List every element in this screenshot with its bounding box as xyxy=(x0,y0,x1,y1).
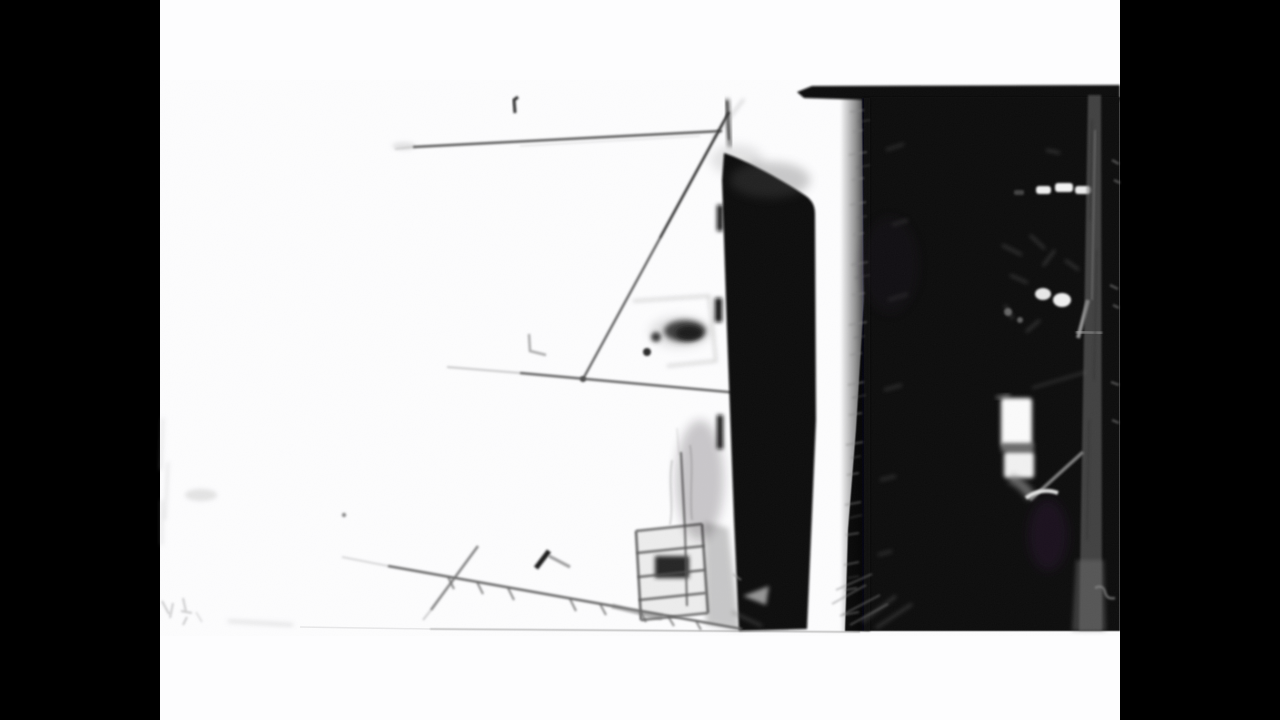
scene xyxy=(0,0,1280,720)
photograph xyxy=(160,80,1120,636)
video-player-frame xyxy=(0,0,1280,720)
photo-film-grain xyxy=(160,80,1120,636)
